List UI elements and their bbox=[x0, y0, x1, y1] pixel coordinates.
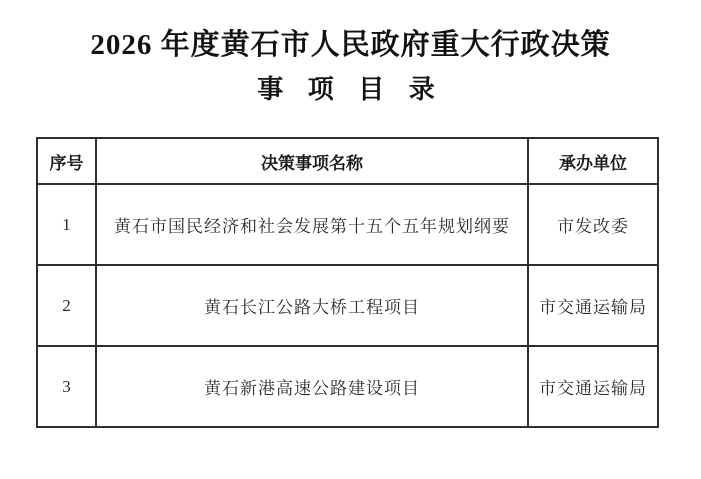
cell-decision-item-name: 黄石新港高速公路建设项目 bbox=[96, 346, 528, 427]
cell-undertaking-unit: 市交通运输局 bbox=[528, 346, 658, 427]
cell-decision-item-name: 黄石长江公路大桥工程项目 bbox=[96, 265, 528, 346]
cell-serial-number: 3 bbox=[37, 346, 96, 427]
decision-items-table: 序号 决策事项名称 承办单位 1 黄石市国民经济和社会发展第十五个五年规划纲要 … bbox=[36, 137, 659, 428]
table-header-row: 序号 决策事项名称 承办单位 bbox=[37, 138, 658, 184]
document-title-line2: 事 项 目 录 bbox=[0, 70, 701, 110]
cell-undertaking-unit: 市交通运输局 bbox=[528, 265, 658, 346]
cell-serial-number: 2 bbox=[37, 265, 96, 346]
table-row: 2 黄石长江公路大桥工程项目 市交通运输局 bbox=[37, 265, 658, 346]
table-row: 3 黄石新港高速公路建设项目 市交通运输局 bbox=[37, 346, 658, 427]
cell-decision-item-name: 黄石市国民经济和社会发展第十五个五年规划纲要 bbox=[96, 184, 528, 265]
table-row: 1 黄石市国民经济和社会发展第十五个五年规划纲要 市发改委 bbox=[37, 184, 658, 265]
cell-undertaking-unit: 市发改委 bbox=[528, 184, 658, 265]
col-header-undertaking-unit: 承办单位 bbox=[528, 138, 658, 184]
document-title-line1: 2026 年度黄石市人民政府重大行政决策 bbox=[0, 24, 701, 66]
cell-serial-number: 1 bbox=[37, 184, 96, 265]
document-page: 2026 年度黄石市人民政府重大行政决策 事 项 目 录 序号 决策事项名称 承… bbox=[0, 0, 701, 479]
col-header-decision-item-name: 决策事项名称 bbox=[96, 138, 528, 184]
col-header-serial-number: 序号 bbox=[37, 138, 96, 184]
document-title: 2026 年度黄石市人民政府重大行政决策 事 项 目 录 bbox=[0, 0, 701, 110]
